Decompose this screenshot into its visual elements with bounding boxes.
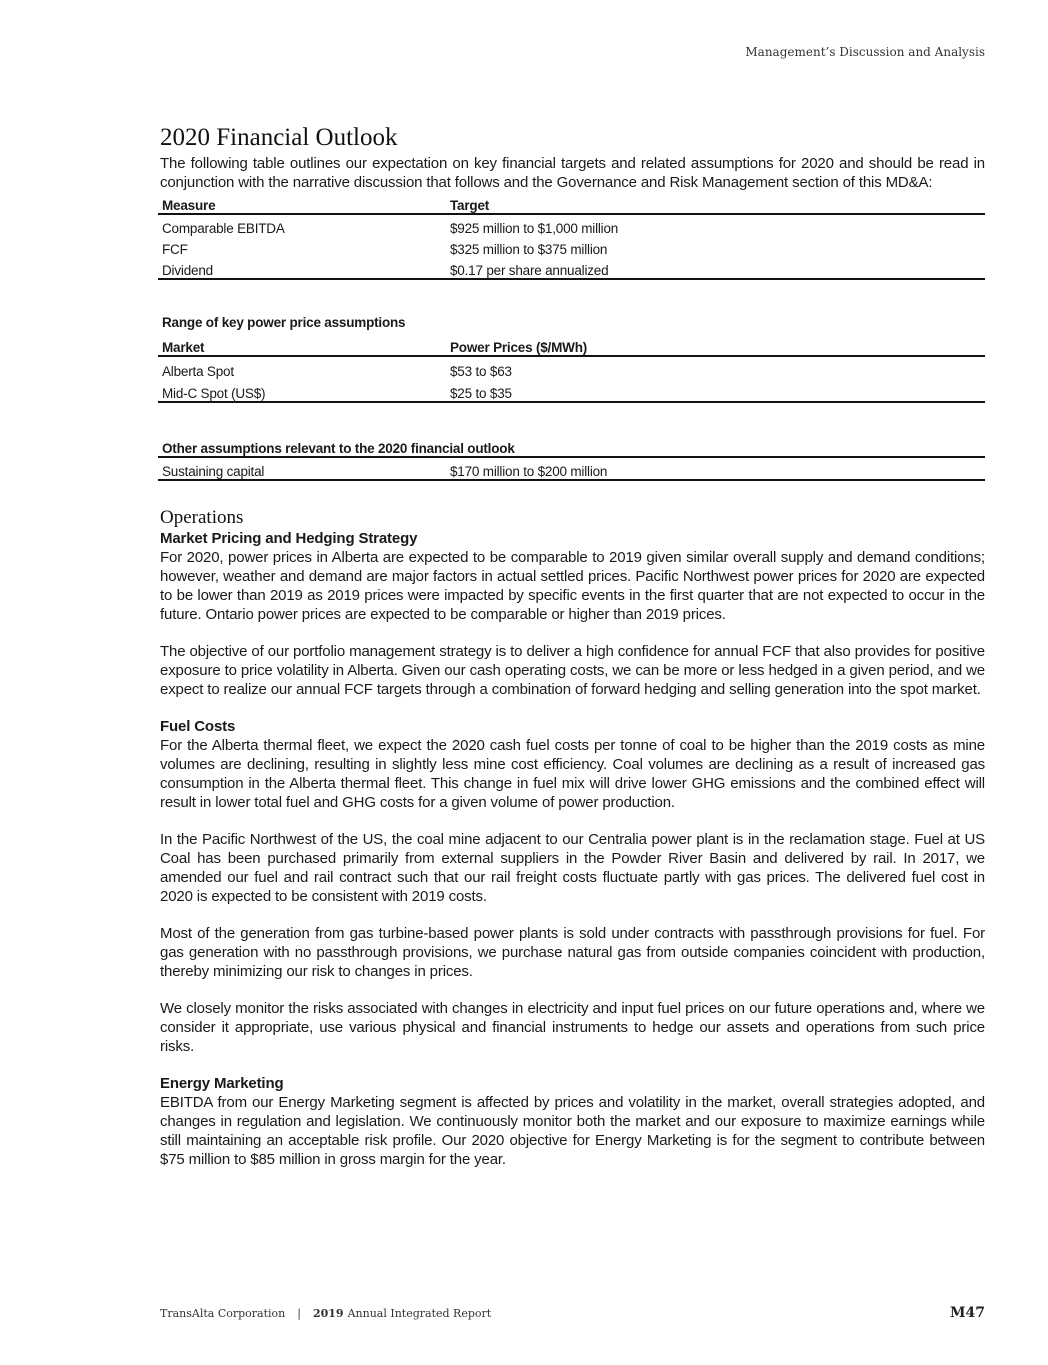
- footer-company: TransAlta Corporation: [160, 1307, 285, 1320]
- footer: TransAlta Corporation|2019Annual Integra…: [160, 1307, 491, 1320]
- column-header-measure: Measure: [158, 192, 446, 214]
- footer-year: 2019: [313, 1307, 344, 1320]
- table-row: Comparable EBITDA $925 million to $1,000…: [158, 214, 985, 236]
- section-title-operations: Operations: [160, 507, 985, 529]
- other-assumptions-table: Other assumptions relevant to the 2020 f…: [158, 435, 985, 481]
- table-row: Sustaining capital $170 million to $200 …: [158, 457, 985, 480]
- paragraph: For 2020, power prices in Alberta are ex…: [160, 548, 985, 624]
- measure-cell: Dividend: [158, 257, 446, 279]
- paragraph: In the Pacific Northwest of the US, the …: [160, 830, 985, 906]
- paragraph: For the Alberta thermal fleet, we expect…: [160, 736, 985, 812]
- targets-table: Measure Target Comparable EBITDA $925 mi…: [158, 192, 985, 280]
- market-cell: Mid-C Spot (US$): [158, 379, 446, 402]
- power-table-caption: Range of key power price assumptions: [162, 312, 985, 334]
- other-assumptions-caption: Other assumptions relevant to the 2020 f…: [158, 435, 985, 457]
- table-row: Mid-C Spot (US$) $25 to $35: [158, 379, 985, 402]
- column-header-target: Target: [446, 192, 985, 214]
- footer-separator: |: [297, 1307, 301, 1320]
- column-header-market: Market: [158, 334, 446, 356]
- heading-energy-marketing: Energy Marketing: [160, 1074, 985, 1093]
- paragraph: We closely monitor the risks associated …: [160, 999, 985, 1056]
- page-number: M47: [950, 1305, 985, 1321]
- price-cell: $25 to $35: [446, 379, 985, 402]
- paragraph: Most of the generation from gas turbine-…: [160, 924, 985, 981]
- footer-report-name: Annual Integrated Report: [348, 1307, 492, 1320]
- value-cell: $170 million to $200 million: [446, 457, 985, 480]
- paragraph: EBITDA from our Energy Marketing segment…: [160, 1093, 985, 1169]
- heading-market-pricing: Market Pricing and Hedging Strategy: [160, 529, 985, 548]
- price-cell: $53 to $63: [446, 356, 985, 379]
- outlook-intro: The following table outlines our expecta…: [160, 154, 985, 192]
- target-cell: $325 million to $375 million: [446, 236, 985, 257]
- assumption-cell: Sustaining capital: [158, 457, 446, 480]
- target-cell: $925 million to $1,000 million: [446, 214, 985, 236]
- page-title: 2020 Financial Outlook: [160, 122, 985, 154]
- heading-fuel-costs: Fuel Costs: [160, 717, 985, 736]
- power-price-table: Market Power Prices ($/MWh) Alberta Spot…: [158, 334, 985, 403]
- table-row: FCF $325 million to $375 million: [158, 236, 985, 257]
- paragraph: The objective of our portfolio managemen…: [160, 642, 985, 699]
- market-cell: Alberta Spot: [158, 356, 446, 379]
- table-row: Dividend $0.17 per share annualized: [158, 257, 985, 279]
- target-cell: $0.17 per share annualized: [446, 257, 985, 279]
- page-content: 2020 Financial Outlook The following tab…: [160, 122, 985, 1169]
- measure-cell: Comparable EBITDA: [158, 214, 446, 236]
- running-header: Management’s Discussion and Analysis: [745, 45, 985, 59]
- measure-cell: FCF: [158, 236, 446, 257]
- table-row: Alberta Spot $53 to $63: [158, 356, 985, 379]
- column-header-power-prices: Power Prices ($/MWh): [446, 334, 985, 356]
